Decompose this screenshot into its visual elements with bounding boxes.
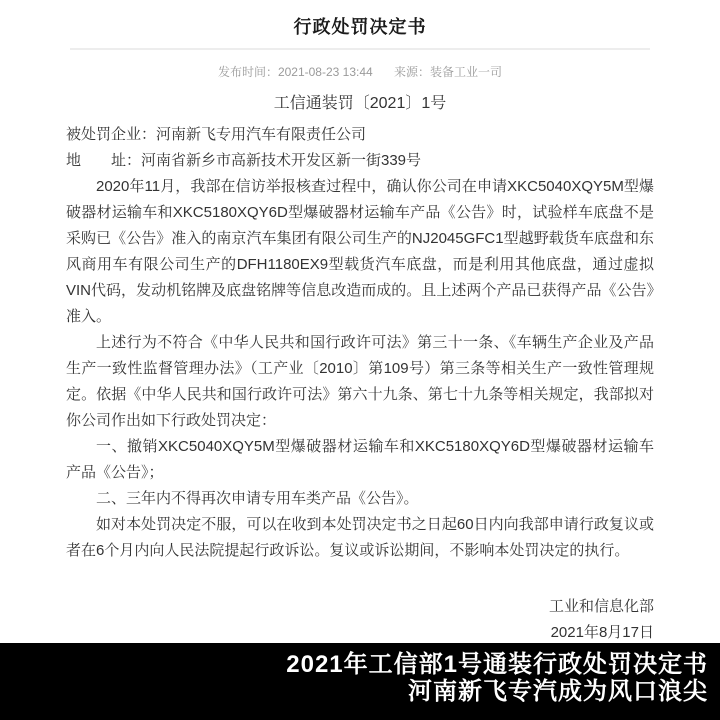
penalty-decision-document: 行政处罚决定书 发布时间：2021-08-23 13:44 来源：装备工业一司 … — [0, 0, 720, 695]
caption-line-2: 河南新飞专汽成为风口浪尖 — [0, 678, 708, 705]
address-field: 地 址：河南省新乡市高新技术开发区新一街339号 — [66, 148, 654, 174]
title-divider — [70, 48, 650, 50]
paragraph-facts: 2020年11月，我部在信访举报核查过程中，确认你公司在申请XKC5040XQY… — [66, 174, 654, 330]
paragraph-legal-basis: 上述行为不符合《中华人民共和国行政许可法》第三十一条、《车辆生产企业及产品生产一… — [66, 330, 654, 434]
paragraph-penalty-item-1: 一、撤销XKC5040XQY5M型爆破器材运输车和XKC5180XQY6D型爆破… — [66, 434, 654, 486]
document-number: 工信通装罚〔2021〕1号 — [66, 90, 654, 113]
paragraph-penalty-item-2: 二、三年内不得再次申请专用车类产品《公告》。 — [66, 486, 654, 512]
penalized-company-field: 被处罚企业：河南新飞专用汽车有限责任公司 — [66, 122, 654, 148]
paragraph-appeal-rights: 如对本处罚决定不服，可以在收到本处罚决定书之日起60日内向我部申请行政复议或者在… — [66, 512, 654, 564]
meta-row: 发布时间：2021-08-23 13:44 来源：装备工业一司 — [66, 63, 654, 80]
signature-organization: 工业和信息化部 — [66, 594, 654, 620]
source-department: 来源：装备工业一司 — [394, 65, 502, 79]
document-body: 被处罚企业：河南新飞专用汽车有限责任公司 地 址：河南省新乡市高新技术开发区新一… — [66, 122, 654, 564]
document-title: 行政处罚决定书 — [66, 0, 654, 39]
caption-line-1: 2021年工信部1号通装行政处罚决定书 — [0, 651, 708, 678]
caption-banner: 2021年工信部1号通装行政处罚决定书 河南新飞专汽成为风口浪尖 — [0, 643, 720, 720]
document-page: 行政处罚决定书 发布时间：2021-08-23 13:44 来源：装备工业一司 … — [0, 0, 720, 720]
signature-block: 工业和信息化部 2021年8月17日 — [66, 594, 654, 646]
publish-time: 发布时间：2021-08-23 13:44 — [218, 65, 373, 79]
